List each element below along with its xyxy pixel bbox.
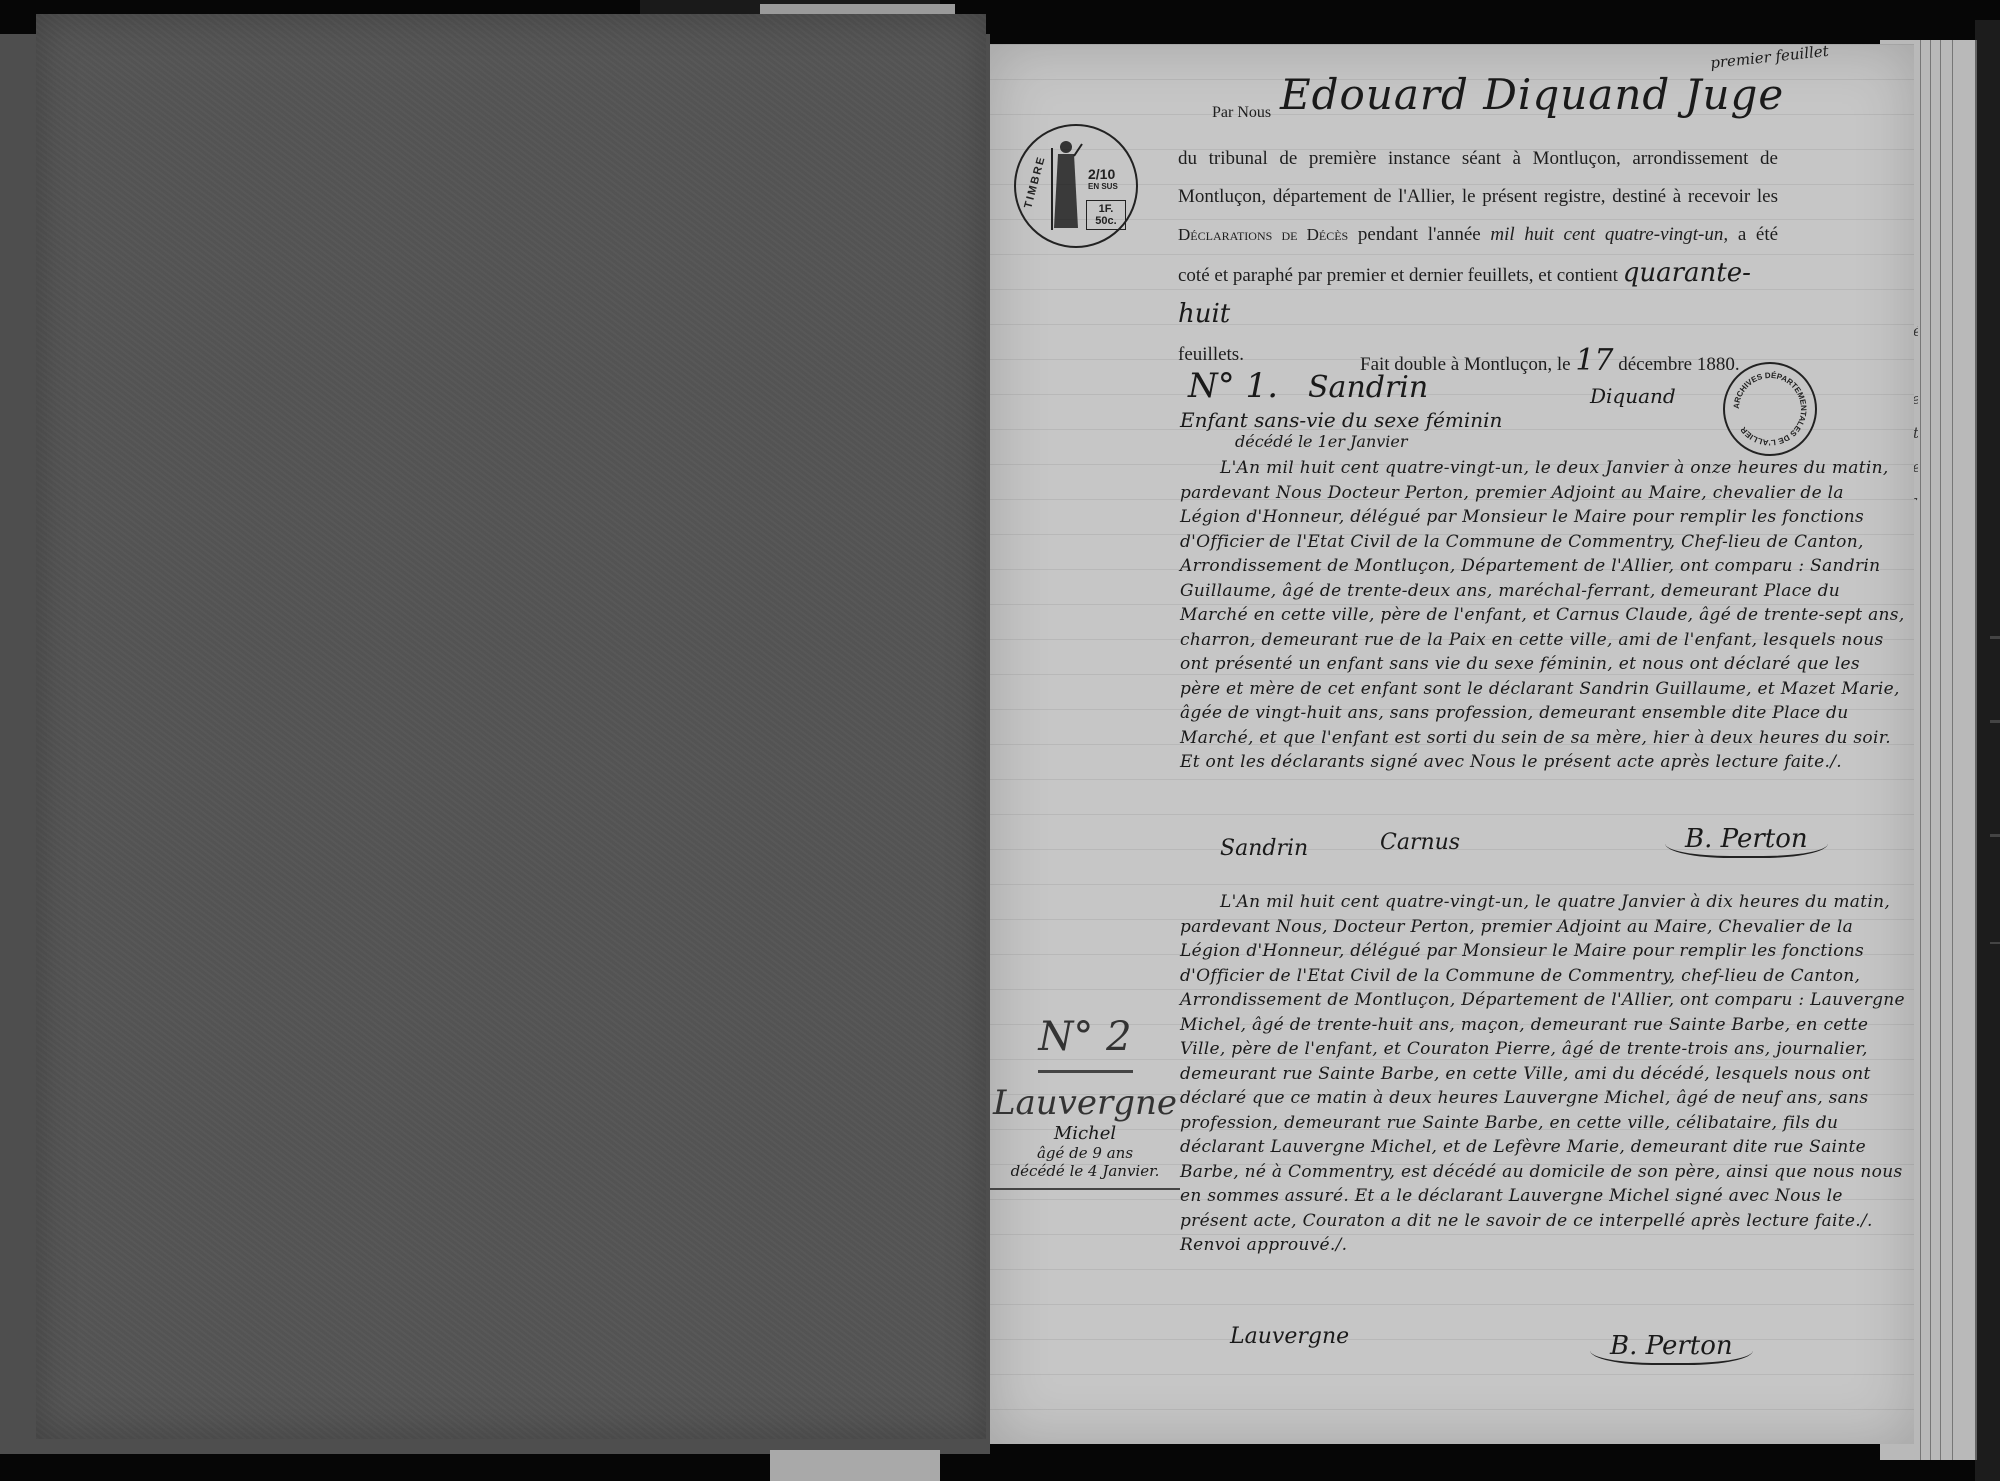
act-1-signature-2: Carnus — [1380, 830, 1460, 855]
departement-label: DÉPARTEMENT — [1990, 569, 2000, 585]
act-2-margin: N° 2 Lauvergne Michel âgé de 9 ans décéd… — [990, 1014, 1180, 1190]
tax-stamp: TIMBRE 2/10 EN SUS 1F. 50c. — [1014, 124, 1138, 248]
act-1-surname: Sandrin — [1308, 370, 1428, 405]
par-nous-label: Par Nous — [1212, 94, 1271, 132]
commune-value: de Commentry — [1990, 760, 2000, 818]
left-cover-board — [36, 14, 986, 1439]
margin-block: DÉPARTEMENT DE L'ALLIER ARRONDISSEMENT D… — [1990, 569, 2000, 977]
stamp-label: TIMBRE — [1022, 154, 1048, 209]
act-2-signature-officer: B. Perton — [1590, 1329, 1753, 1365]
justice-figure-icon — [1048, 138, 1084, 236]
arrondissement-value: De Montluçon — [1990, 680, 2000, 700]
commune-label: COMMUNE — [1990, 741, 2000, 758]
declarations-deces-label: Déclarations de Décès — [1178, 225, 1348, 244]
act-2-subtitle-1: âgé de 9 ans — [990, 1144, 1180, 1162]
departement-value: DE L'ALLIER — [1990, 595, 2000, 616]
stamp-price: 1F. 50c. — [1086, 200, 1126, 230]
annee-label: ANNÉE 1881 — [1990, 958, 2000, 977]
header-line-4: coté et paraphé par premier et dernier f… — [1178, 254, 1778, 336]
header-line-3: Déclarations de Décès pendant l'année mi… — [1178, 216, 1778, 254]
register-page: TIMBRE 2/10 EN SUS 1F. 50c. premier feui… — [990, 44, 1914, 1444]
act-1-body: L'An mil huit cent quatre-vingt-un, le d… — [1180, 456, 1905, 775]
header-line-2: Montluçon, département de l'Allier, le p… — [1178, 178, 1778, 216]
stamp-rate-sub: EN SUS — [1088, 182, 1118, 191]
corner-note: premier feuillet — [1709, 42, 1829, 72]
act-2-subtitle-2: décédé le 4 Janvier. — [990, 1162, 1180, 1180]
act-2-signature-1: Lauvergne — [1230, 1324, 1349, 1349]
act-1: N° 1. Sandrin Enfant sans-vie du sexe fé… — [1180, 366, 1910, 451]
deces-label: DÉCÈS — [1990, 902, 2000, 930]
act-2-body: L'An mil huit cent quatre-vingt-un, le q… — [1180, 890, 1905, 1258]
act-1-signature-1: Sandrin — [1220, 836, 1308, 861]
act-2-given-name: Michel — [990, 1123, 1180, 1144]
register-year-text: mil huit cent quatre-vingt-un, — [1490, 224, 1728, 245]
de-label: DE — [1990, 886, 2000, 896]
arrondissement-label: ARRONDISSEMENT — [1990, 657, 2000, 672]
act-2-surname: Lauvergne — [990, 1083, 1180, 1123]
act-1-subtitle-2: décédé le 1er Janvier — [1235, 432, 1910, 451]
act-1-number: N° 1. — [1188, 366, 1278, 406]
act-2-number: N° 2 — [990, 1014, 1180, 1060]
actes-label: ACTES — [1990, 857, 2000, 880]
act-1-signature-officer: B. Perton — [1665, 822, 1828, 858]
judge-name: Edouard Diquand Juge — [1280, 70, 1784, 119]
header-line-1: du tribunal de première instance séant à… — [1178, 140, 1778, 178]
act-1-subtitle-1: Enfant sans-vie du sexe féminin — [1180, 408, 1910, 432]
binding-tab-bottom — [770, 1450, 940, 1481]
stamp-rate: 2/10 — [1088, 166, 1115, 182]
